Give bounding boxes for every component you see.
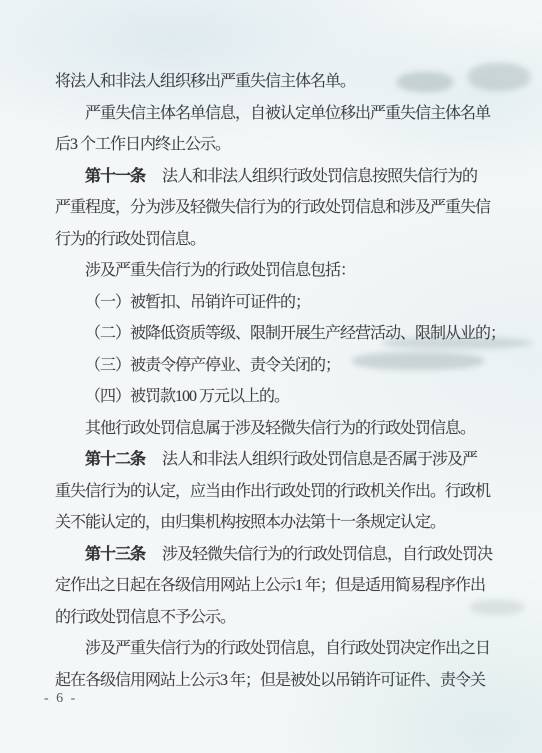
text-line: 其他行政处罚信息属于涉及轻微失信行为的行政处罚信息。: [55, 413, 507, 445]
list-item-line: （一）被暂扣、吊销许可证件的；: [55, 287, 507, 319]
text-line: 将法人和非法人组织移出严重失信主体名单。: [55, 66, 507, 98]
text-line: 重失信行为的认定，应当由作出行政处罚的行政机关作出。行政机: [55, 476, 507, 508]
article-12-heading-line: 第十二条法人和非法人组织行政处罚信息是否属于涉及严: [55, 444, 507, 476]
text-line: 涉及严重失信行为的行政处罚信息包括：: [55, 255, 507, 287]
text-line: 行为的行政处罚信息。: [55, 224, 507, 256]
document-body: 将法人和非法人组织移出严重失信主体名单。 严重失信主体名单信息，自被认定单位移出…: [55, 66, 507, 696]
list-item-line: （三）被责令停产停业、责令关闭的；: [55, 350, 507, 382]
article-number: 第十二条: [85, 451, 145, 468]
text-line: 严重失信主体名单信息，自被认定单位移出严重失信主体名单: [55, 98, 507, 130]
article-11-heading-line: 第十一条法人和非法人组织行政处罚信息按照失信行为的: [55, 161, 507, 193]
text-line: 的行政处罚信息不予公示。: [55, 602, 507, 634]
text-line: 后3 个工作日内终止公示。: [55, 129, 507, 161]
scanned-document-page: 将法人和非法人组织移出严重失信主体名单。 严重失信主体名单信息，自被认定单位移出…: [0, 0, 542, 753]
list-item-line: （二）被降低资质等级、限制开展生产经营活动、限制从业的；: [55, 318, 507, 350]
text-line: 关不能认定的，由归集机构按照本办法第十一条规定认定。: [55, 507, 507, 539]
article-number: 第十一条: [85, 168, 145, 185]
article-number: 第十三条: [85, 546, 145, 563]
text-line: 起在各级信用网站上公示3 年；但是被处以吊销许可证件、责令关: [55, 665, 507, 697]
article-13-heading-line: 第十三条涉及轻微失信行为的行政处罚信息，自行政处罚决: [55, 539, 507, 571]
text-line: 法人和非法人组织行政处罚信息按照失信行为的: [162, 168, 477, 185]
page-number: - 6 -: [44, 691, 77, 707]
text-line: 法人和非法人组织行政处罚信息是否属于涉及严: [162, 451, 477, 468]
text-line: 涉及严重失信行为的行政处罚信息，自行政处罚决定作出之日: [55, 633, 507, 665]
text-line: 严重程度，分为涉及轻微失信行为的行政处罚信息和涉及严重失信: [55, 192, 507, 224]
text-line: 涉及轻微失信行为的行政处罚信息，自行政处罚决: [162, 546, 492, 563]
text-line: 定作出之日起在各级信用网站上公示1 年；但是适用简易程序作出: [55, 570, 507, 602]
list-item-line: （四）被罚款100 万元以上的。: [55, 381, 507, 413]
